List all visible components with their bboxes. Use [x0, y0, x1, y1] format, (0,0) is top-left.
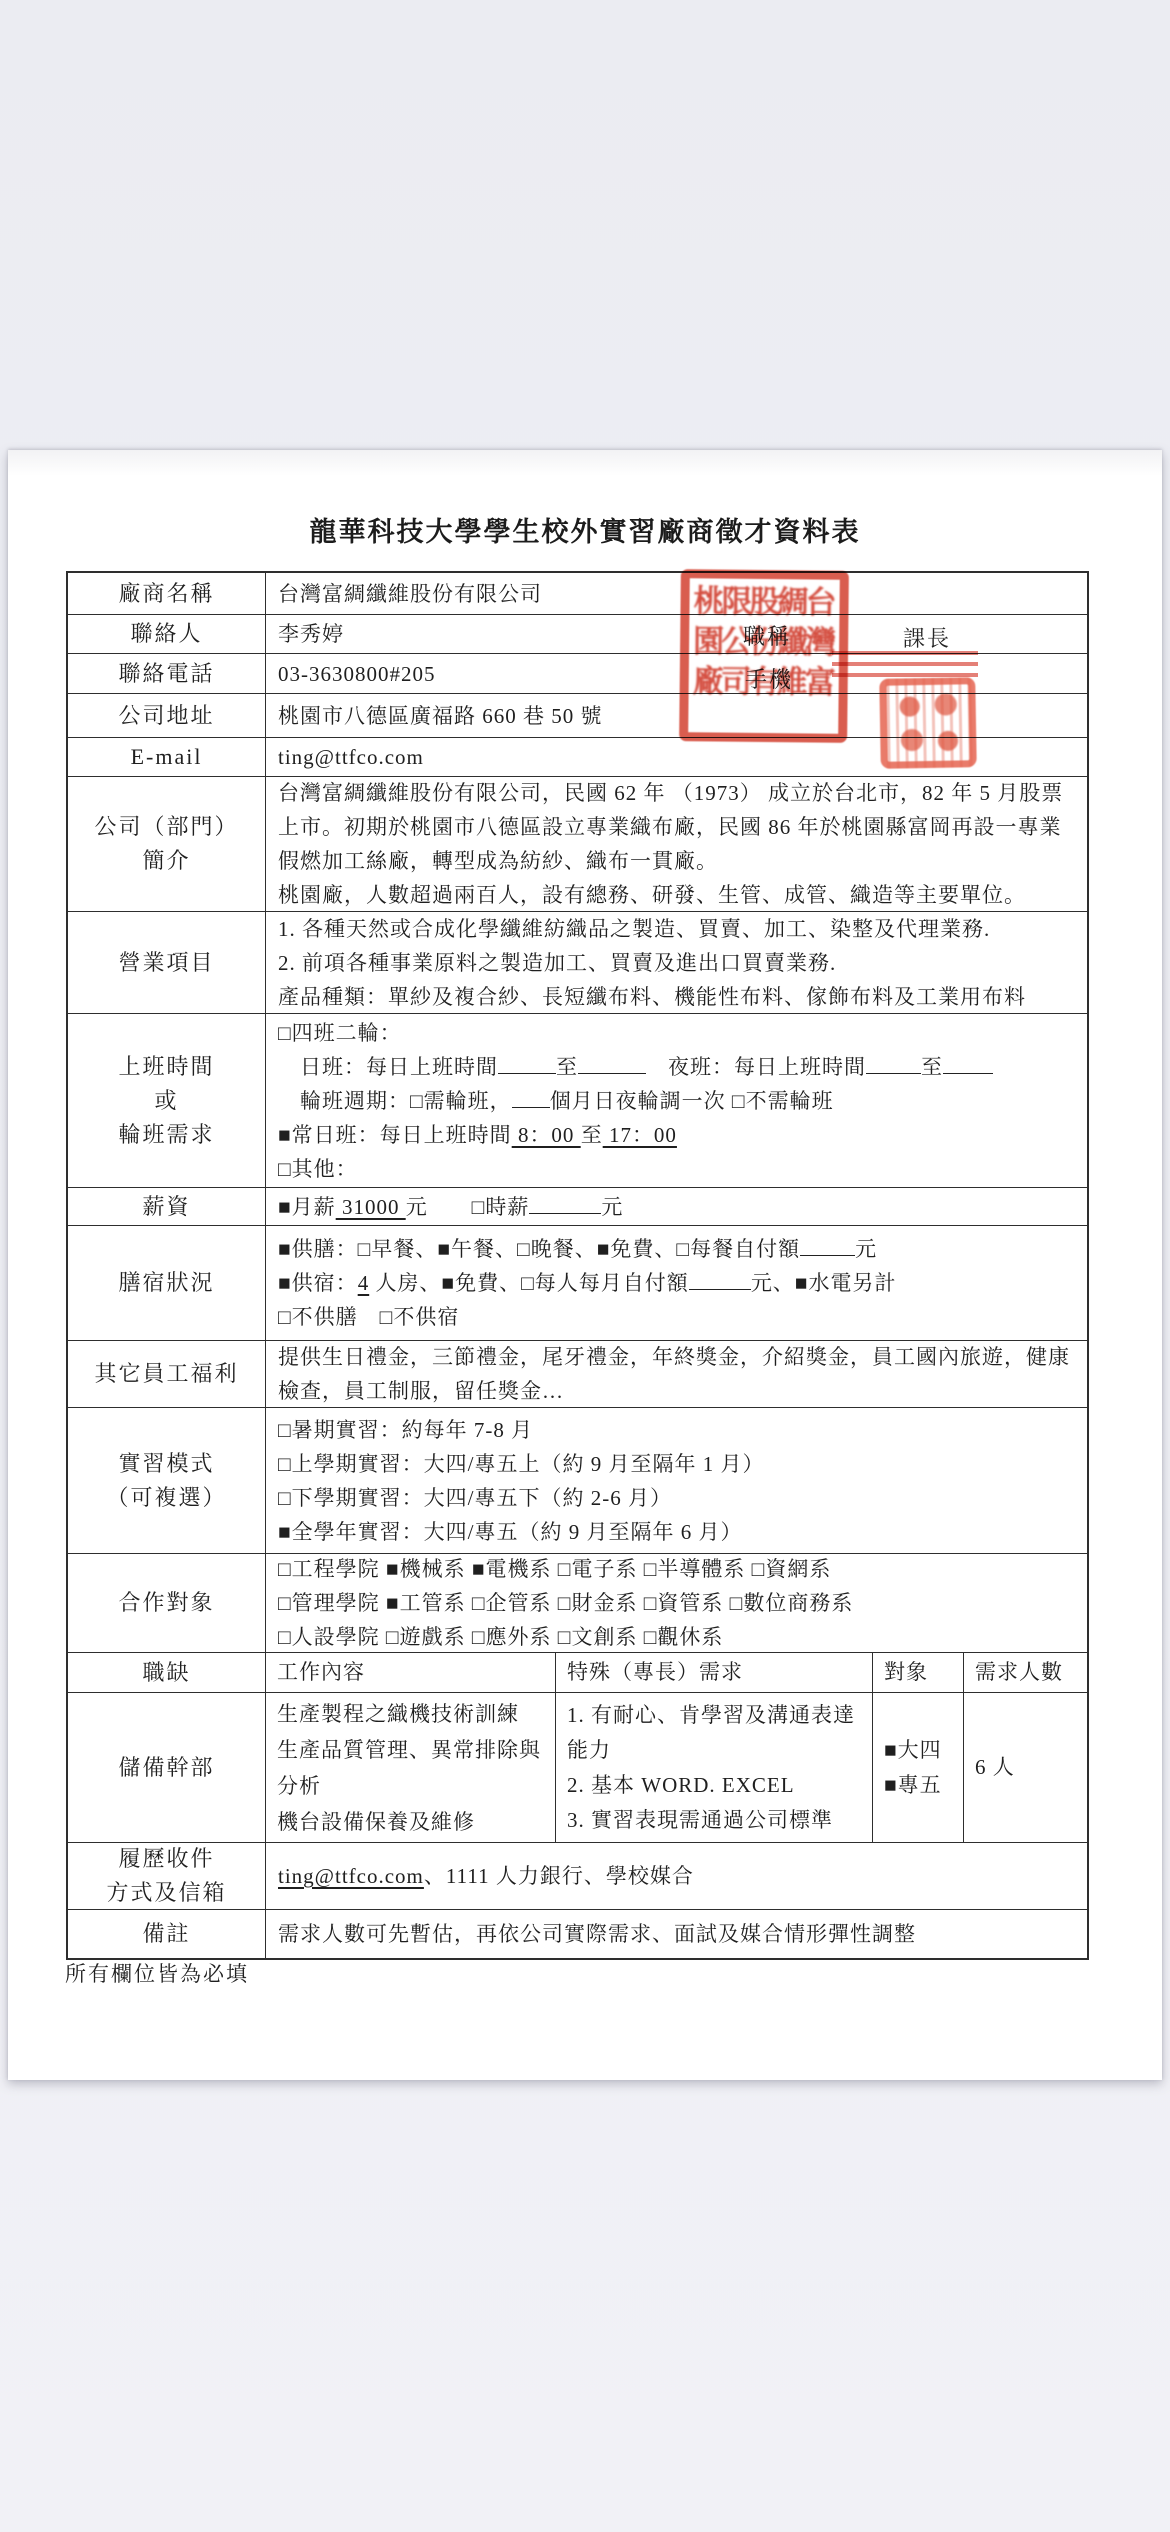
- contact-title-value: 課長: [903, 622, 951, 653]
- row-work-hours: 上班時間 或 輪班需求 □四班二輪： 日班：每日上班時間至 夜班：每日上班時間至…: [68, 1014, 1087, 1188]
- form-table: 廠商名稱 台灣富綢纖維股份有限公司 聯絡人 李秀婷 聯絡電話 03-363080…: [66, 571, 1089, 1960]
- resume-label: 履歷收件 方式及信箱: [68, 1843, 266, 1909]
- intern-mode-value: □暑期實習：約每年 7-8 月 □上學期實習：大四/專五上（約 9 月至隔年 1…: [266, 1408, 1087, 1553]
- shift-option-four-two: □四班二輪：: [278, 1016, 1075, 1050]
- row-jobs-header: 職缺 工作內容 特殊（專長）需求 對象 需求人數: [68, 1653, 1087, 1693]
- job-title: 儲備幹部: [68, 1693, 266, 1842]
- scanned-form-page: 龍華科技大學學生校外實習廠商徵才資料表 廠商名稱 台灣富綢纖維股份有限公司 聯絡…: [8, 450, 1162, 2080]
- work-hours-label: 上班時間 或 輪班需求: [68, 1014, 266, 1187]
- job-headcount: 6 人: [964, 1693, 1026, 1842]
- shift-day-night-times: 日班：每日上班時間至 夜班：每日上班時間至: [278, 1050, 1075, 1084]
- shift-regular-day: ■常日班：每日上班時間 8：00 至 17：00: [278, 1118, 1075, 1152]
- intern-mode-label: 實習模式 （可複選）: [68, 1408, 266, 1553]
- vendor-name-label: 廠商名稱: [68, 573, 266, 614]
- coop-design-line: □人設學院 □遊戲系 □應外系 □文創系 □觀休系: [278, 1620, 1075, 1654]
- remark-label: 備註: [68, 1910, 266, 1958]
- remark-value: 需求人數可先暫估，再依公司實際需求、面試及媒合情形彈性調整: [266, 1910, 1087, 1958]
- intern-summer-option: □暑期實習：約每年 7-8 月: [278, 1413, 1075, 1447]
- job-targets: ■大四 ■專五: [873, 1693, 964, 1842]
- shift-other: □其他：: [278, 1152, 1075, 1186]
- job-requirements: 1. 有耐心、肯學習及溝通表達能力 2. 基本 WORD. EXCEL 3. 實…: [556, 1693, 873, 1842]
- intern-first-semester-option: □上學期實習：大四/專五上（約 9 月至隔年 1 月）: [278, 1447, 1075, 1481]
- row-welfare: 其它員工福利 提供生日禮金，三節禮金，尾牙禮金，年終獎金，介紹獎金，員工國內旅遊…: [68, 1341, 1087, 1408]
- required-fields-note: 所有欄位皆為必填: [65, 1958, 249, 1988]
- vendor-name-value: 台灣富綢纖維股份有限公司: [266, 573, 1087, 614]
- welfare-value: 提供生日禮金，三節禮金，尾牙禮金，年終獎金，介紹獎金，員工國內旅遊，健康檢查，員…: [266, 1341, 1087, 1407]
- email-label: E-mail: [68, 738, 266, 776]
- shift-rotation-cycle: 輪班週期：□需輪班，個月日夜輪調一次 □不需輪班: [278, 1084, 1075, 1118]
- meals-provided-line: ■供膳：□早餐、■午餐、□晚餐、■免費、□每餐自付額元: [278, 1232, 1075, 1266]
- company-intro-label: 公司（部門） 簡介: [68, 777, 266, 911]
- cooperation-value: □工程學院 ■機械系 ■電機系 □電子系 □半導體系 □資網系 □管理學院 ■工…: [266, 1554, 1087, 1652]
- jobs-header-headcount: 需求人數: [964, 1653, 1074, 1692]
- row-salary: 薪資 ■月薪 31000 元 □時薪元: [68, 1188, 1087, 1226]
- jobs-header-requirements: 特殊（專長）需求: [556, 1653, 873, 1692]
- salary-value: ■月薪 31000 元 □時薪元: [266, 1188, 1087, 1225]
- row-cooperation: 合作對象 □工程學院 ■機械系 ■電機系 □電子系 □半導體系 □資網系 □管理…: [68, 1554, 1087, 1653]
- jobs-header-duties: 工作內容: [266, 1653, 556, 1692]
- row-business-items: 營業項目 1. 各種天然或合成化學纖維紡織品之製造、買賣、加工、染整及代理業務.…: [68, 912, 1087, 1014]
- lodging-provided-line: ■供宿：4 人房、■免費、□每人每月自付額元、■水電另計: [278, 1266, 1075, 1300]
- row-remark: 備註 需求人數可先暫估，再依公司實際需求、面試及媒合情形彈性調整: [68, 1910, 1087, 1958]
- company-seal-column: 桃園廠: [690, 584, 719, 726]
- row-resume: 履歷收件 方式及信箱 ting@ttfco.com、1111 人力銀行、學校媒合: [68, 1843, 1087, 1910]
- image-viewer-background: { "page": { "title": "龍華科技大學學生校外實習廠商徵才資料…: [0, 0, 1170, 2532]
- form-title: 龍華科技大學學生校外實習廠商徵才資料表: [8, 510, 1162, 549]
- contact-person-value: 李秀婷: [266, 615, 1087, 653]
- intern-second-semester-option: □下學期實習：大四/專五下（約 2-6 月）: [278, 1481, 1075, 1515]
- coop-management-line: □管理學院 ■工管系 □企管系 □財金系 □資管系 □數位商務系: [278, 1586, 1075, 1620]
- not-provided-line: □不供膳 □不供宿: [278, 1300, 1075, 1334]
- business-items-value: 1. 各種天然或合成化學纖維紡織品之製造、買賣、加工、染整及代理業務. 2. 前…: [266, 912, 1087, 1013]
- contact-person-label: 聯絡人: [68, 615, 266, 653]
- board-lodging-value: ■供膳：□早餐、■午餐、□晚餐、■免費、□每餐自付額元 ■供宿：4 人房、■免費…: [266, 1226, 1087, 1340]
- row-company-intro: 公司（部門） 簡介 台灣富綢纖維股份有限公司，民國 62 年 （1973） 成立…: [68, 777, 1087, 912]
- resume-value: ting@ttfco.com、1111 人力銀行、學校媒合: [266, 1843, 1087, 1909]
- job-duties: 生產製程之織機技術訓練 生產品質管理、異常排除與分析 機台設備保養及維修: [266, 1693, 556, 1842]
- business-items-label: 營業項目: [68, 912, 266, 1013]
- row-vendor-name: 廠商名稱 台灣富綢纖維股份有限公司: [68, 573, 1087, 615]
- cooperation-label: 合作對象: [68, 1554, 266, 1652]
- row-job-reserve-cadre: 儲備幹部 生產製程之織機技術訓練 生產品質管理、異常排除與分析 機台設備保養及維…: [68, 1693, 1087, 1843]
- intern-full-year-option: ■全學年實習：大四/專五（約 9 月至隔年 6 月）: [278, 1515, 1075, 1549]
- jobs-header-targets: 對象: [873, 1653, 964, 1692]
- work-hours-value: □四班二輪： 日班：每日上班時間至 夜班：每日上班時間至 輪班週期：□需輪班，個…: [266, 1014, 1087, 1187]
- board-lodging-label: 膳宿狀況: [68, 1226, 266, 1340]
- jobs-header-vacancy: 職缺: [68, 1653, 266, 1692]
- contact-phone-label: 聯絡電話: [68, 654, 266, 693]
- salary-label: 薪資: [68, 1188, 266, 1225]
- coop-engineering-line: □工程學院 ■機械系 ■電機系 □電子系 □半導體系 □資網系: [278, 1552, 1075, 1586]
- welfare-label: 其它員工福利: [68, 1341, 266, 1407]
- row-board-lodging: 膳宿狀況 ■供膳：□早餐、■午餐、□晚餐、■免費、□每餐自付額元 ■供宿：4 人…: [68, 1226, 1087, 1341]
- personal-name-seal-stamp: [879, 677, 977, 769]
- company-intro-value: 台灣富綢纖維股份有限公司，民國 62 年 （1973） 成立於台北市，82 年 …: [266, 777, 1087, 911]
- row-intern-mode: 實習模式 （可複選） □暑期實習：約每年 7-8 月 □上學期實習：大四/專五上…: [68, 1408, 1087, 1554]
- company-address-label: 公司地址: [68, 694, 266, 737]
- company-seal-stamp: 台灣富 綢纖維 股份有 限公司 桃園廠: [679, 569, 849, 743]
